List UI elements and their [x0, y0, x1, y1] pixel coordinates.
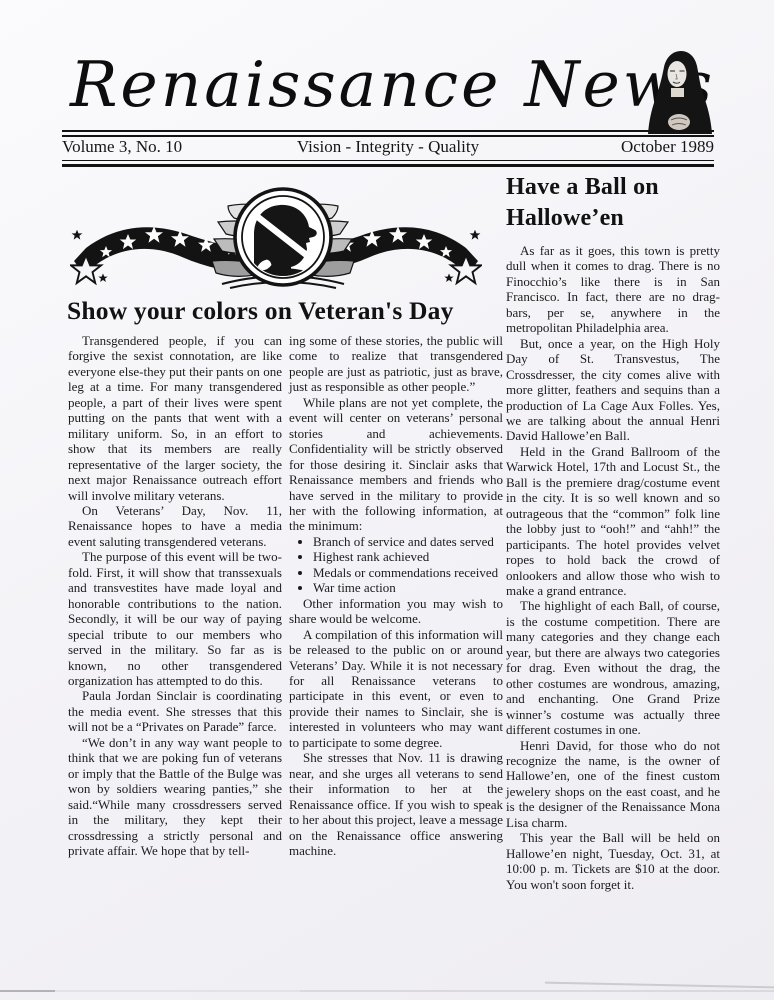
veterans-emblem-icon — [70, 182, 482, 300]
newsletter-title: Renaissance News — [70, 46, 655, 124]
newsletter-page: Renaissance News Volume 3, No. 10 Vision… — [0, 0, 774, 1000]
paragraph: The purpose of this event will be two-fo… — [68, 549, 282, 688]
paragraph: The highlight of each Ball, of course, i… — [506, 598, 720, 737]
list-item: War time action — [313, 580, 503, 595]
masthead-bottom-rule — [62, 160, 714, 167]
paragraph: ing some of these stories, the public wi… — [289, 333, 503, 395]
halloween-headline: Have a Ball on Hallowe’en — [506, 172, 711, 234]
paragraph: But, once a year, on the High Holy Day o… — [506, 336, 720, 444]
issue-date: October 1989 — [621, 137, 714, 157]
veterans-headline: Show your colors on Veteran's Day — [67, 296, 497, 326]
service-info-list: Branch of service and dates served Highe… — [289, 534, 503, 596]
paragraph: Other information you may wish to share … — [289, 596, 503, 627]
paragraph: As far as it goes, this town is pretty d… — [506, 243, 720, 336]
motto: Vision - Integrity - Quality — [297, 137, 479, 157]
paragraph: This year the Ball will be held on Hallo… — [506, 830, 720, 892]
veterans-column-1: Transgendered people, if you can forgive… — [68, 333, 282, 858]
scan-edge-artifact — [0, 990, 774, 992]
paragraph: While plans are not yet complete, the ev… — [289, 395, 503, 534]
paragraph: A compilation of this information will b… — [289, 627, 503, 751]
volume-label: Volume 3, No. 10 — [62, 137, 297, 157]
paragraph: “We don’t in any way want people to thin… — [68, 735, 282, 859]
issue-info-row: Volume 3, No. 10 Vision - Integrity - Qu… — [62, 136, 714, 158]
veterans-column-2: ing some of these stories, the public wi… — [289, 333, 503, 858]
article-halloween: Have a Ball on Hallowe’en As far as it g… — [506, 172, 720, 892]
mona-lisa-icon — [648, 50, 712, 134]
paragraph: Henri David, for those who do not recogn… — [506, 738, 720, 831]
list-item: Highest rank achieved — [313, 549, 503, 564]
scan-edge-artifact — [545, 982, 774, 988]
paragraph: Paula Jordan Sinclair is coordinating th… — [68, 688, 282, 734]
list-item: Medals or commendations received — [313, 565, 503, 580]
paragraph: She stresses that Nov. 11 is drawing nea… — [289, 750, 503, 858]
paragraph: Transgendered people, if you can forgive… — [68, 333, 282, 503]
paragraph: On Veterans’ Day, Nov. 11, Renaissance h… — [68, 503, 282, 549]
paragraph: Held in the Grand Ballroom of the Warwic… — [506, 444, 720, 599]
list-item: Branch of service and dates served — [313, 534, 503, 549]
